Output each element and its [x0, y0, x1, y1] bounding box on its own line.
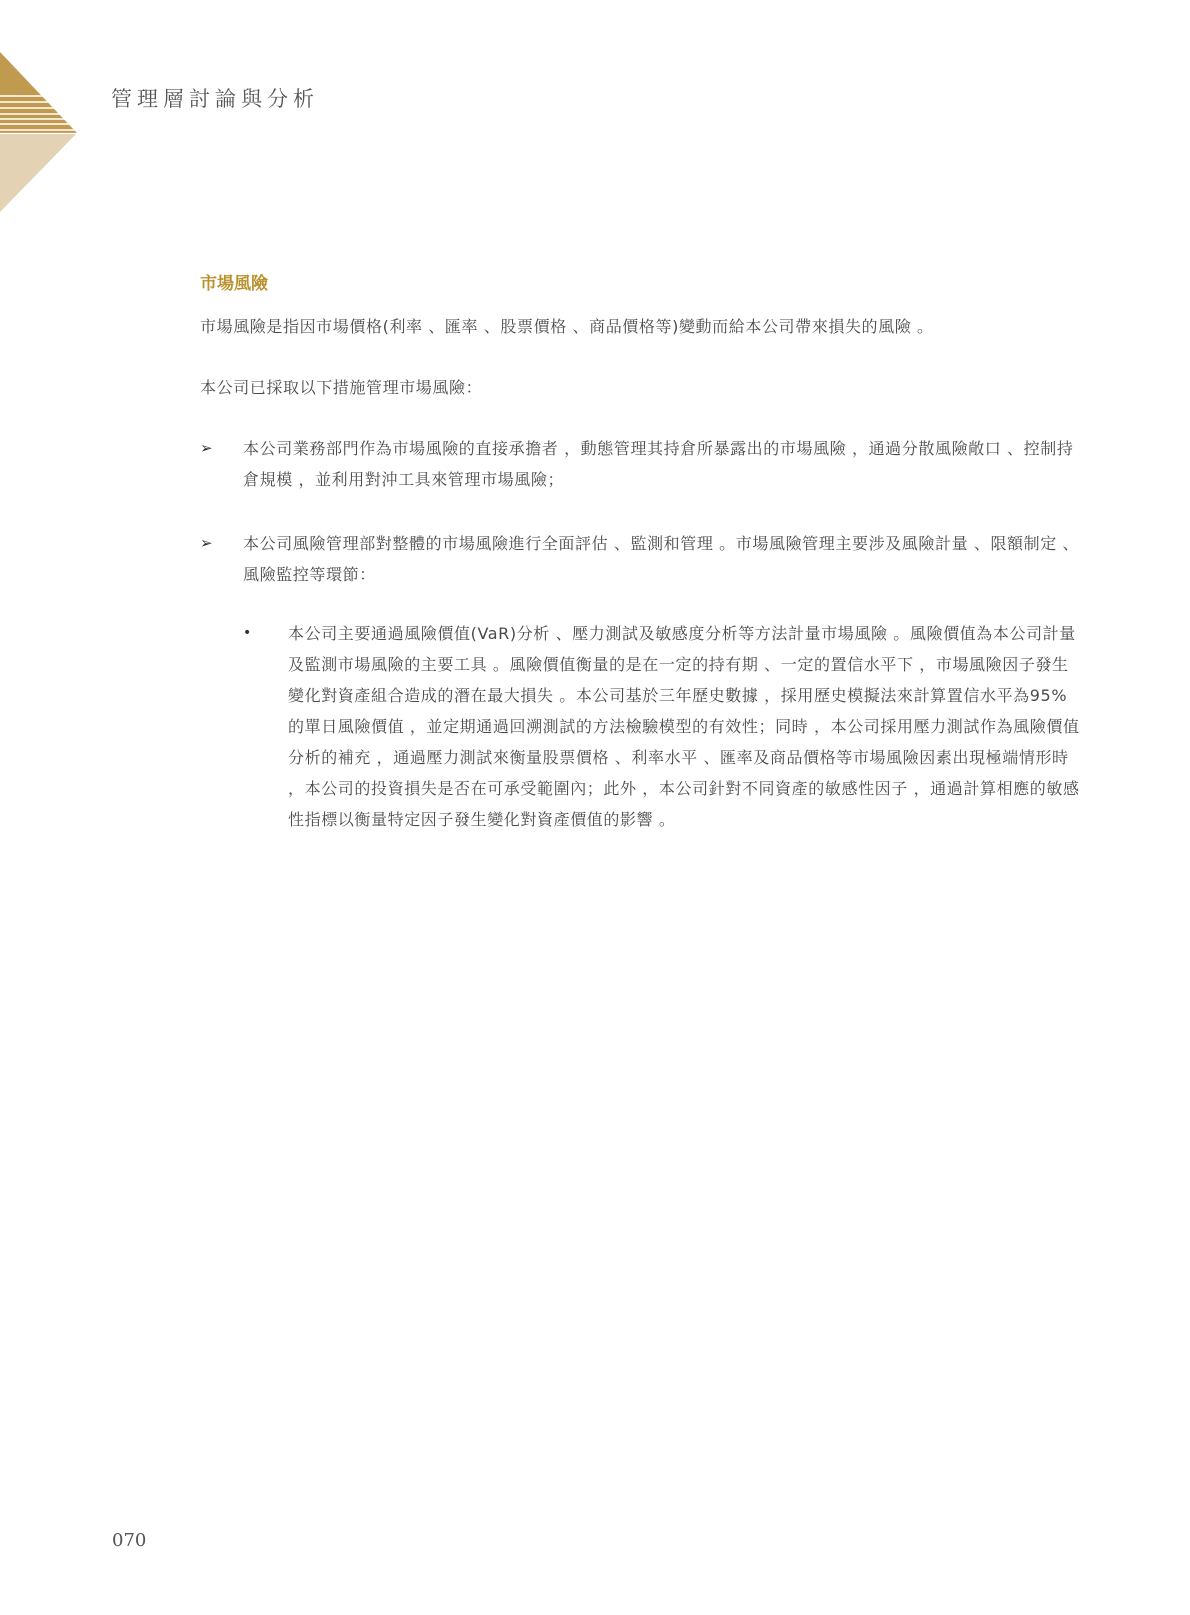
page-number: 070	[112, 1530, 146, 1551]
intro-paragraph: 市場風險是指因市場價格(利率 、匯率 、股票價格 、商品價格等)變動而給本公司帶…	[200, 311, 1080, 342]
market-risk-heading: 市場風險	[200, 270, 1080, 298]
arrow-item-text: 本公司風險管理部對整體的市場風險進行全面評估 、監測和管理 。市場風險管理主要涉…	[243, 528, 1080, 590]
corner-decoration-triangle	[0, 52, 80, 212]
section-title: 管理層討論與分析	[111, 84, 319, 114]
dot-bullet-icon: •	[243, 618, 251, 649]
sub-bullet-item: • 本公司主要通過風險價值(VaR)分析 、壓力測試及敏感度分析等方法計量市場風…	[243, 618, 1080, 835]
measures-intro: 本公司已採取以下措施管理市場風險：	[200, 372, 1080, 403]
sub-bullet-text: 本公司主要通過風險價值(VaR)分析 、壓力測試及敏感度分析等方法計量市場風險 …	[288, 618, 1080, 835]
content-body: 市場風險 市場風險是指因市場價格(利率 、匯率 、股票價格 、商品價格等)變動而…	[200, 270, 1080, 835]
arrow-list-item: ➢ 本公司風險管理部對整體的市場風險進行全面評估 、監測和管理 。市場風險管理主…	[200, 528, 1080, 835]
arrow-bullet-icon: ➢	[200, 433, 213, 464]
arrow-bullet-icon: ➢	[200, 528, 213, 559]
sub-bullet-list: • 本公司主要通過風險價值(VaR)分析 、壓力測試及敏感度分析等方法計量市場風…	[243, 618, 1080, 835]
arrow-item-text: 本公司業務部門作為市場風險的直接承擔者 ，動態管理其持倉所暴露出的市場風險 ，通…	[243, 433, 1080, 495]
arrow-list-item: ➢ 本公司業務部門作為市場風險的直接承擔者 ，動態管理其持倉所暴露出的市場風險 …	[200, 433, 1080, 495]
